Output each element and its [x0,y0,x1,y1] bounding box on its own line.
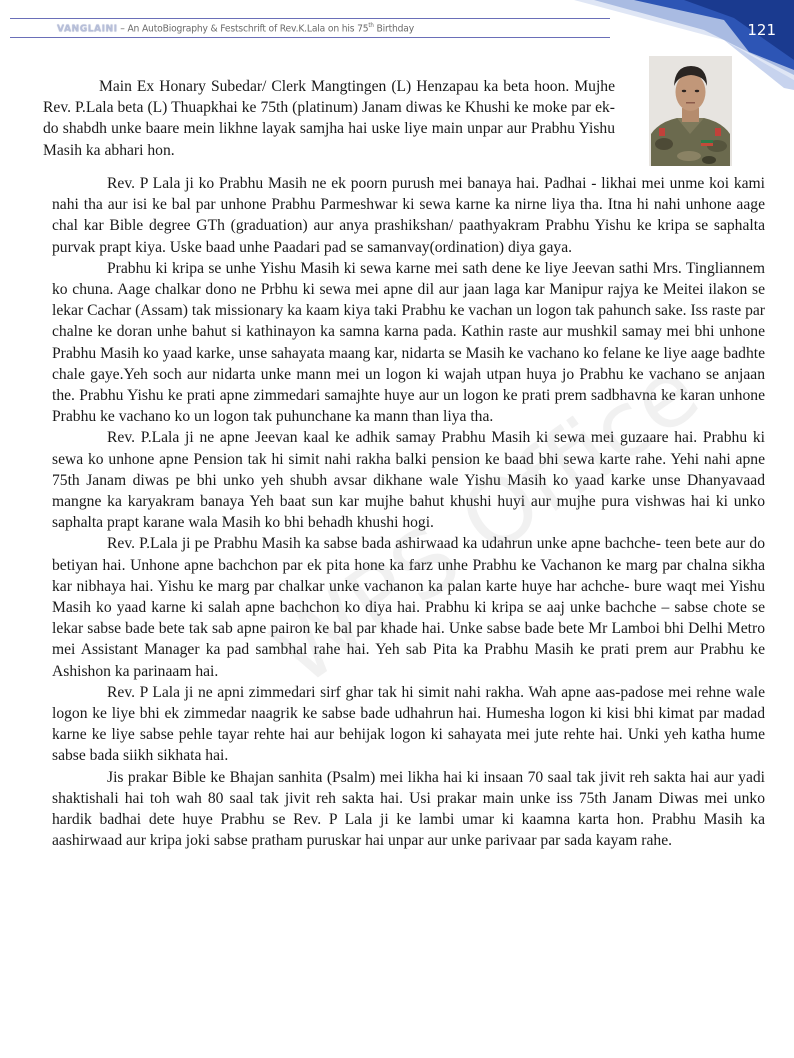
header-rule-top [10,18,610,19]
body-paragraph-2: Prabhu ki kripa se unhe Yishu Masih ki s… [52,258,765,428]
running-head: VANGLAINI – An AutoBiography & Festschri… [57,22,414,34]
body-paragraph-5: Rev. P Lala ji ne apni zimmedari sirf gh… [52,682,765,767]
page-number: 121 [747,21,776,39]
header-rule-bottom [10,37,610,38]
body-paragraph-1: Rev. P Lala ji ko Prabhu Masih ne ek poo… [52,173,765,258]
body-text: Rev. P Lala ji ko Prabhu Masih ne ek poo… [52,173,765,852]
intro-paragraph: Main Ex Honary Subedar/ Clerk Mangtingen… [43,76,615,161]
running-head-brand: VANGLAINI [57,23,118,34]
running-head-subtitle: – An AutoBiography & Festschrift of Rev.… [118,23,369,34]
body-paragraph-3: Rev. P.Lala ji ne apne Jeevan kaal ke ad… [52,427,765,533]
portrait-image-icon [649,56,732,166]
author-photo [649,56,732,166]
intro-paragraph-block: Main Ex Honary Subedar/ Clerk Mangtingen… [43,76,615,161]
running-head-subtitle-end: Birthday [374,23,414,34]
body-paragraph-4: Rev. P.Lala ji pe Prabhu Masih ka sabse … [52,533,765,681]
body-paragraph-6: Jis prakar Bible ke Bhajan sanhita (Psal… [52,767,765,852]
